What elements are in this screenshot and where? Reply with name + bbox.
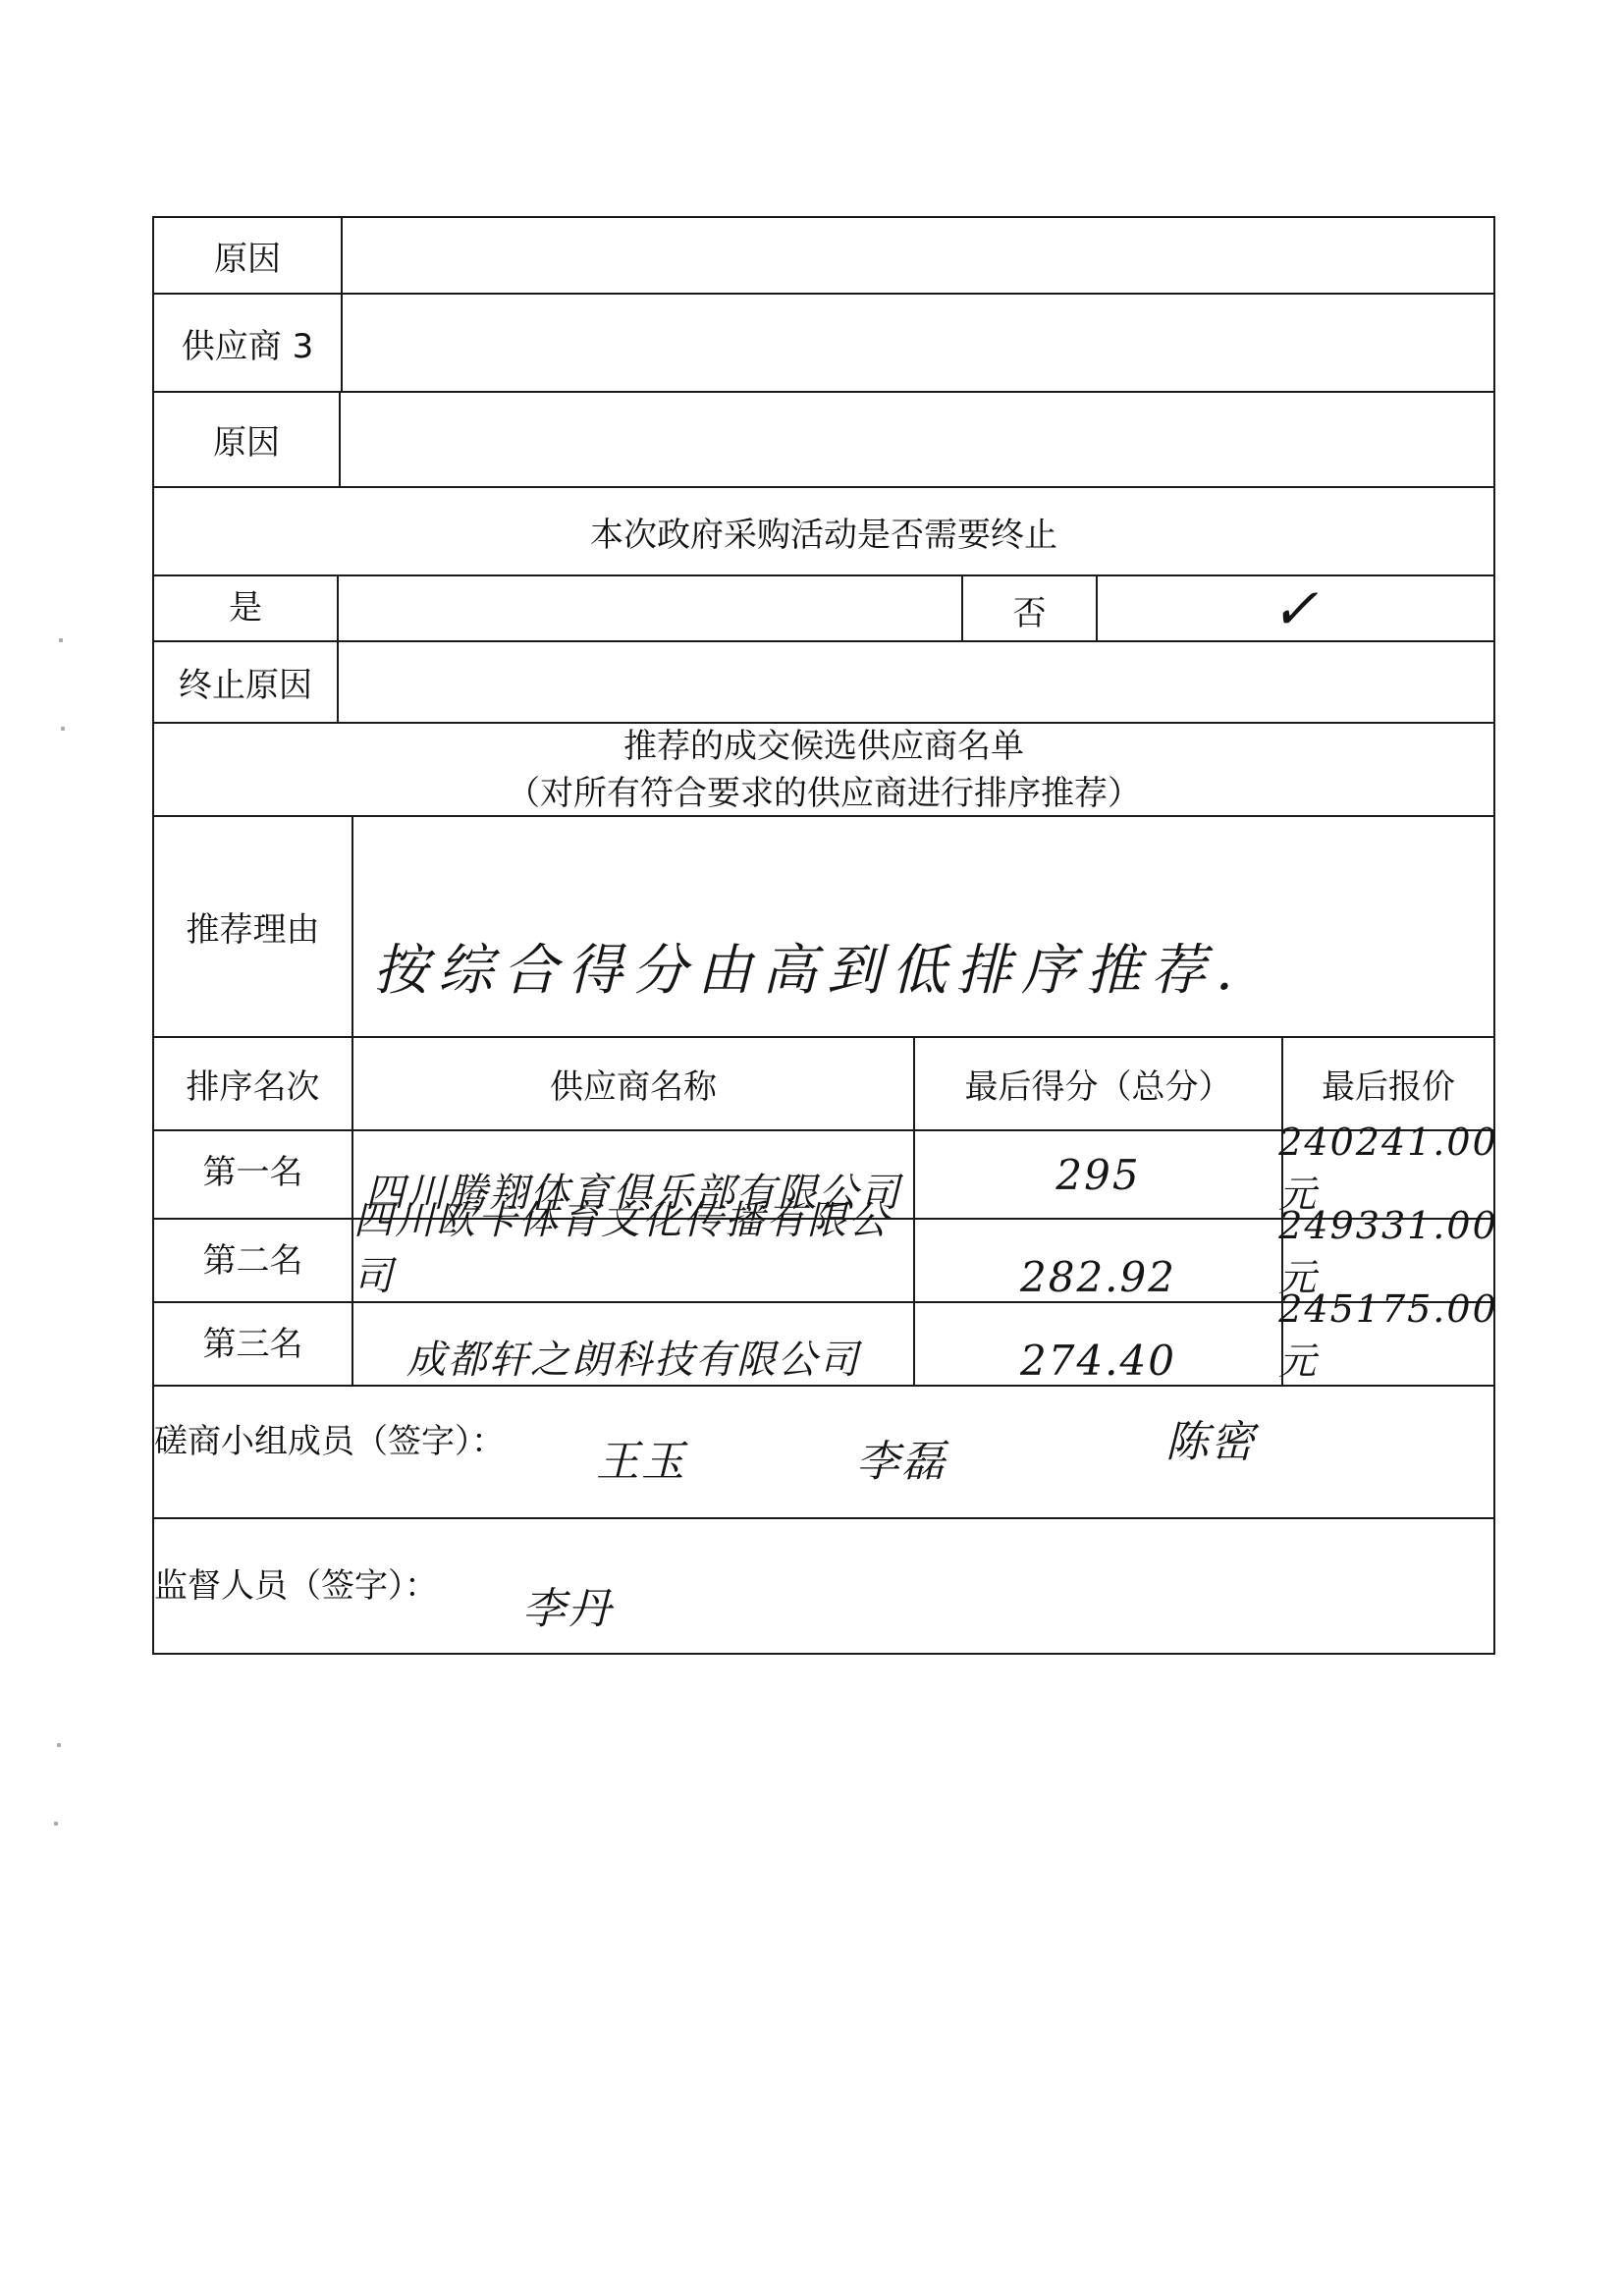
- row-yes-no: 是 否 ✓: [154, 576, 1493, 642]
- reason-a-label: 原因: [154, 218, 343, 293]
- panel-signature-3: 陈密: [1165, 1406, 1256, 1469]
- panel-signature-1: 王玉: [596, 1426, 686, 1489]
- recommend-reason-label: 推荐理由: [154, 817, 353, 1036]
- row-terminate-question: 本次政府采购活动是否需要终止: [154, 488, 1493, 576]
- row-recommend-header: 推荐的成交候选供应商名单 （对所有符合要求的供应商进行排序推荐）: [154, 724, 1493, 817]
- terminate-question: 本次政府采购活动是否需要终止: [154, 488, 1493, 574]
- ranking-header-row: 排序名次 供应商名称 最后得分（总分） 最后报价: [154, 1038, 1493, 1131]
- document-page: 原因 供应商 3 原因 本次政府采购活动是否需要终止 是 否 ✓ 终止原因: [0, 0, 1623, 2296]
- scan-speck: [57, 1743, 61, 1747]
- row-supplier3: 供应商 3: [154, 295, 1493, 393]
- no-checkmark: ✓: [1098, 576, 1493, 640]
- supplier-cell: 四川欧卡体育文化传播有限公司: [353, 1220, 915, 1301]
- terminate-reason-label: 终止原因: [154, 642, 339, 722]
- panel-signature-2: 李磊: [856, 1426, 947, 1489]
- row-reason-b: 原因: [154, 393, 1493, 488]
- row-terminate-reason: 终止原因: [154, 642, 1493, 724]
- score-cell: 274.40: [915, 1303, 1283, 1385]
- row-supervisor-signature: 监督人员（签字）： 李丹: [154, 1519, 1493, 1653]
- reason-a-value: [343, 218, 1493, 293]
- header-score: 最后得分（总分）: [915, 1038, 1283, 1129]
- scan-speck: [61, 727, 65, 731]
- scan-speck: [54, 1822, 58, 1826]
- recommend-header: 推荐的成交候选供应商名单 （对所有符合要求的供应商进行排序推荐）: [154, 724, 1493, 815]
- reason-b-label: 原因: [154, 393, 341, 486]
- panel-signatures-cell: 磋商小组成员（签字）：: [154, 1387, 1493, 1517]
- reason-b-value: [341, 393, 1493, 486]
- ranking-row: 第三名 成都轩之朗科技有限公司 274.40 245175.00元: [154, 1303, 1493, 1387]
- score-cell: 282.92: [915, 1220, 1283, 1301]
- row-recommend-reason: 推荐理由 按综合得分由高到低排序推荐.: [154, 817, 1493, 1038]
- header-rank: 排序名次: [154, 1038, 353, 1129]
- row-reason-a: 原因: [154, 218, 1493, 295]
- row-panel-signatures: 磋商小组成员（签字）： 王玉 李磊 陈密: [154, 1387, 1493, 1519]
- score-cell: 295: [915, 1131, 1283, 1218]
- recommend-subtitle: （对所有符合要求的供应商进行排序推荐）: [507, 770, 1141, 817]
- supplier-cell: 成都轩之朗科技有限公司: [353, 1303, 915, 1385]
- recommend-reason-value: 按综合得分由高到低排序推荐.: [353, 817, 1493, 1036]
- yes-label: 是: [154, 576, 339, 640]
- supervisor-signature-label: 监督人员（签字）：: [154, 1558, 438, 1607]
- supervisor-signature-cell: 监督人员（签字）：: [154, 1519, 1493, 1653]
- price-cell: 245175.00元: [1283, 1303, 1493, 1385]
- yes-value: [339, 576, 963, 640]
- rank-cell: 第二名: [154, 1220, 353, 1301]
- header-supplier: 供应商名称: [353, 1038, 915, 1129]
- recommend-title: 推荐的成交候选供应商名单: [623, 723, 1024, 770]
- rank-cell: 第三名: [154, 1303, 353, 1385]
- supplier3-value: [343, 295, 1493, 391]
- no-label: 否: [963, 576, 1098, 640]
- supervisor-signature: 李丹: [522, 1573, 613, 1636]
- panel-signature-label: 磋商小组成员（签字）：: [154, 1414, 505, 1462]
- rank-cell: 第一名: [154, 1131, 353, 1218]
- procurement-form-table: 原因 供应商 3 原因 本次政府采购活动是否需要终止 是 否 ✓ 终止原因: [152, 216, 1495, 1655]
- supplier3-label: 供应商 3: [154, 295, 343, 391]
- scan-speck: [59, 638, 63, 642]
- header-price: 最后报价: [1283, 1038, 1493, 1129]
- terminate-reason-value: [339, 642, 1493, 722]
